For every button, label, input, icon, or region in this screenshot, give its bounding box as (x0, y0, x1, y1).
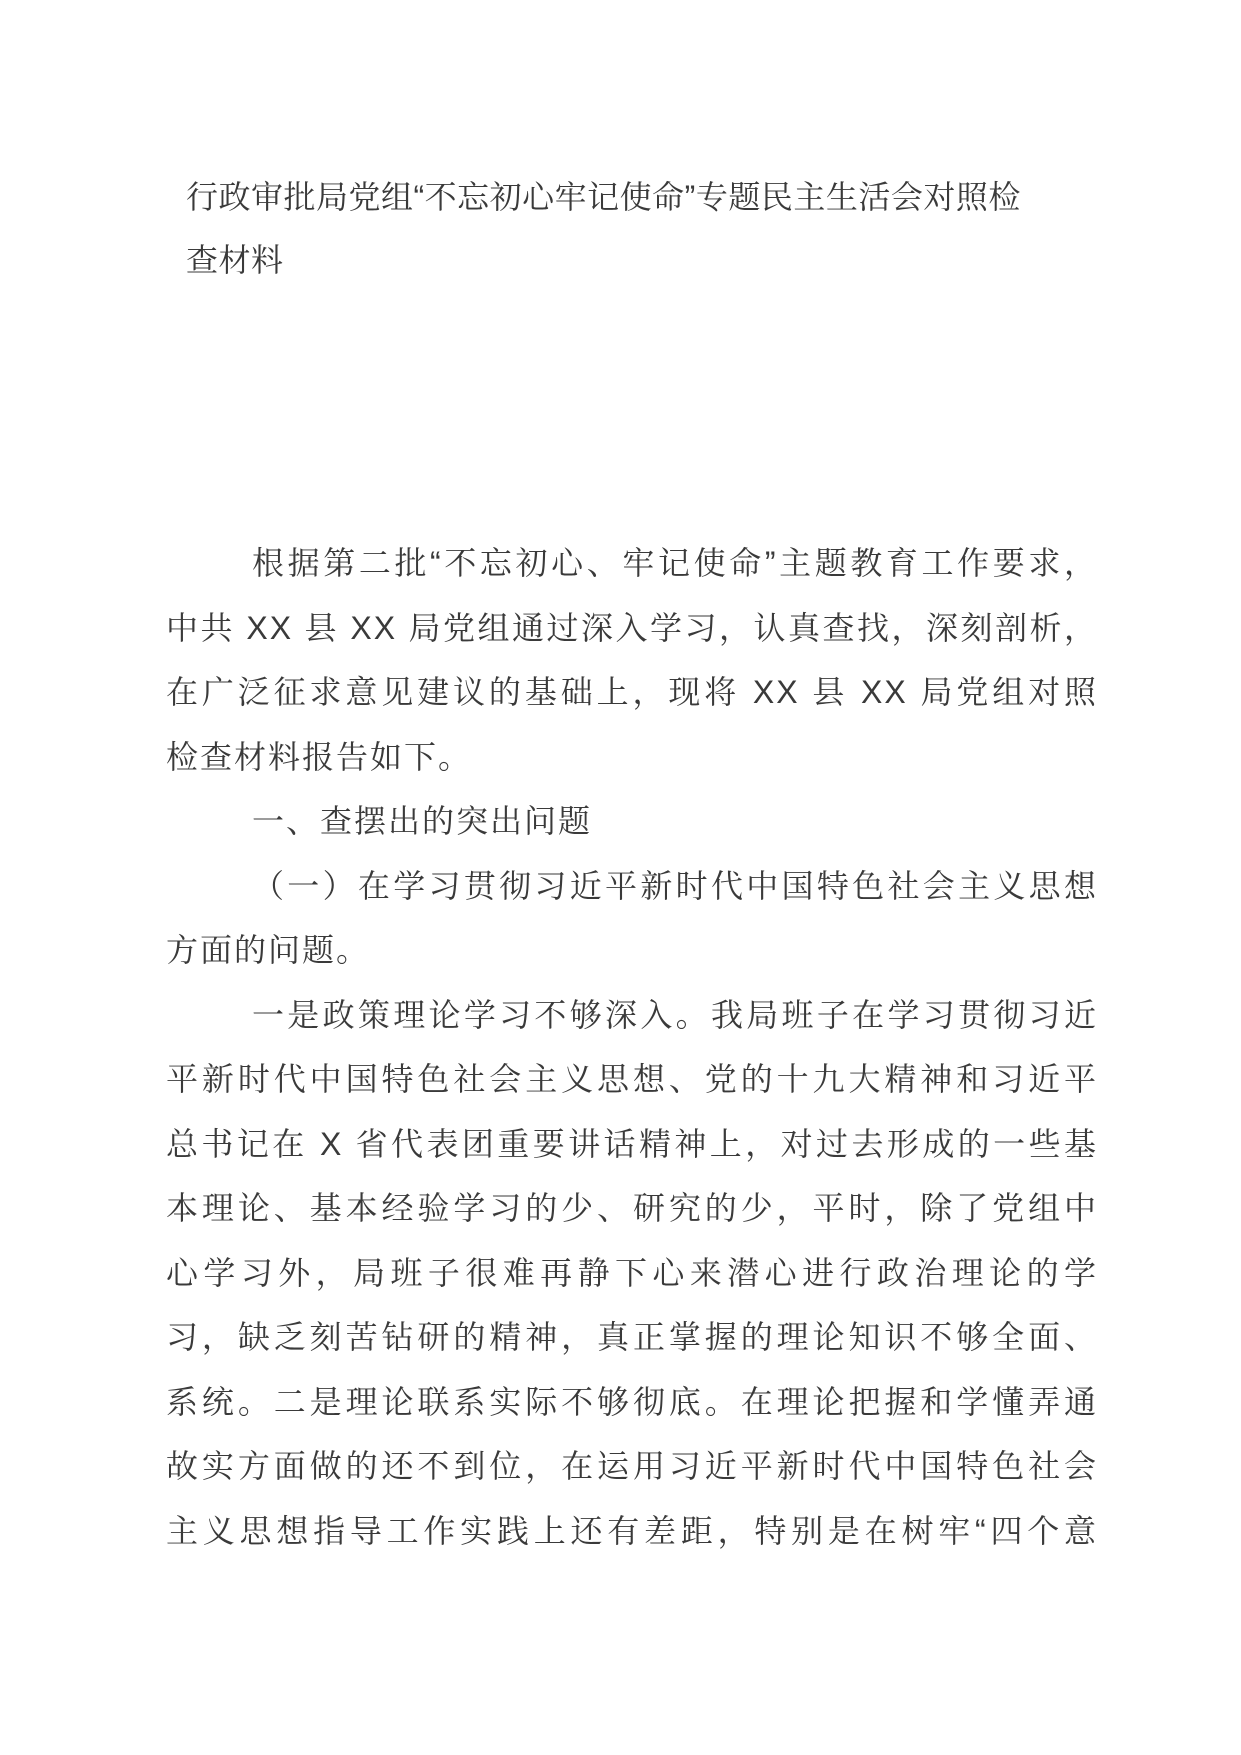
body-text-line: （一）在学习贯彻习近平新时代中国特色社会主义思想 (166, 854, 1098, 919)
document-title: 行政审批局党组“不忘初心牢记使命”专题民主生活会对照检 查材料 (186, 166, 1136, 292)
body-text-line: 故实方面做的还不到位，在运用习近平新时代中国特色社会 (166, 1434, 1098, 1499)
body-text-line: 习，缺乏刻苦钻研的精神，真正掌握的理论知识不够全面、 (166, 1305, 1098, 1370)
body-text-line: 检查材料报告如下。 (166, 725, 1098, 790)
document-title-line-2: 查材料 (186, 229, 1136, 292)
body-text-line: 根据第二批“不忘初心、牢记使命”主题教育工作要求， (166, 531, 1098, 596)
body-text-line: 心学习外，局班子很难再静下心来潜心进行政治理论的学 (166, 1241, 1098, 1306)
body-text-line: 系统。二是理论联系实际不够彻底。在理论把握和学懂弄通 (166, 1370, 1098, 1435)
body-text-line: 主义思想指导工作实践上还有差距，特别是在树牢“四个意 (166, 1499, 1098, 1564)
body-text-line: 平新时代中国特色社会主义思想、党的十九大精神和习近平 (166, 1047, 1098, 1112)
document-body: 根据第二批“不忘初心、牢记使命”主题教育工作要求，中共 XX 县 XX 局党组通… (166, 531, 1098, 1563)
body-text-line: 一是政策理论学习不够深入。我局班子在学习贯彻习近 (166, 983, 1098, 1048)
document-page: 行政审批局党组“不忘初心牢记使命”专题民主生活会对照检 查材料 根据第二批“不忘… (0, 0, 1241, 1755)
document-title-line-1: 行政审批局党组“不忘初心牢记使命”专题民主生活会对照检 (186, 166, 1136, 229)
body-text-line: 本理论、基本经验学习的少、研究的少，平时，除了党组中 (166, 1176, 1098, 1241)
body-text-line: 在广泛征求意见建议的基础上，现将 XX 县 XX 局党组对照 (166, 660, 1098, 725)
body-text-line: 总书记在 X 省代表团重要讲话精神上，对过去形成的一些基 (166, 1112, 1098, 1177)
body-text-line: 方面的问题。 (166, 918, 1098, 983)
body-text-line: 中共 XX 县 XX 局党组通过深入学习，认真查找，深刻剖析， (166, 596, 1098, 661)
body-text-line: 一、查摆出的突出问题 (166, 789, 1098, 854)
